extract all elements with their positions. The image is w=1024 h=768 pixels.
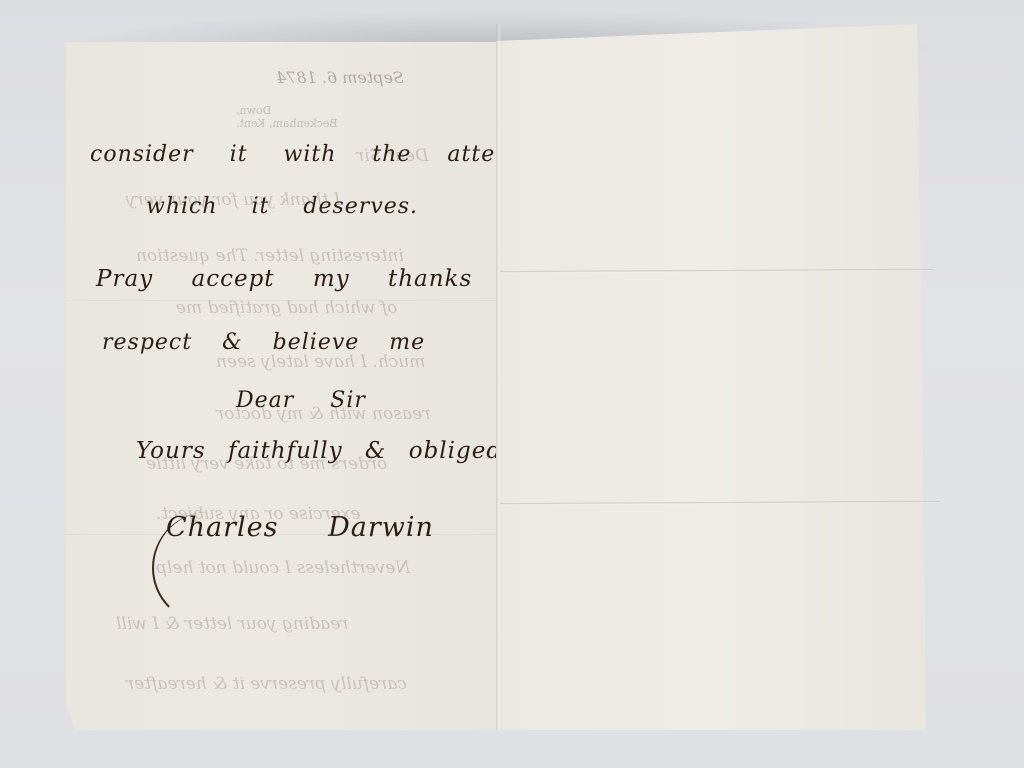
signature: Charles Darwin <box>166 512 434 543</box>
bleed-line: reading your letter & I will <box>116 614 348 634</box>
bleed-line: carefully preserve it & hereafter <box>126 674 407 694</box>
bleed-line: much. I have lately seen <box>216 352 425 372</box>
letterhead-line2: Beckenham, Kent. <box>236 117 338 130</box>
letter-line: consider it with the attention <box>90 142 558 167</box>
letterhead: Down, Beckenham, Kent. <box>236 104 338 130</box>
left-page: Septem 6. 1874 Down, Beckenham, Kent. De… <box>66 42 500 730</box>
date-bleed: Septem 6. 1874 <box>276 68 404 87</box>
center-fold <box>496 24 502 730</box>
bleed-line: interesting letter. The question <box>136 246 404 266</box>
letter-line: which it deserves. <box>146 194 418 219</box>
letterhead-line1: Down, <box>236 104 338 117</box>
letter-line: Dear Sir <box>236 388 366 413</box>
bleed-line: of which had gratified me <box>176 298 397 318</box>
letter-sheet: Septem 6. 1874 Down, Beckenham, Kent. De… <box>66 24 954 738</box>
letter-line: Yours faithfully & obliged <box>136 438 502 464</box>
right-page-blank <box>496 24 926 730</box>
letter-line: respect & believe me <box>102 330 425 355</box>
